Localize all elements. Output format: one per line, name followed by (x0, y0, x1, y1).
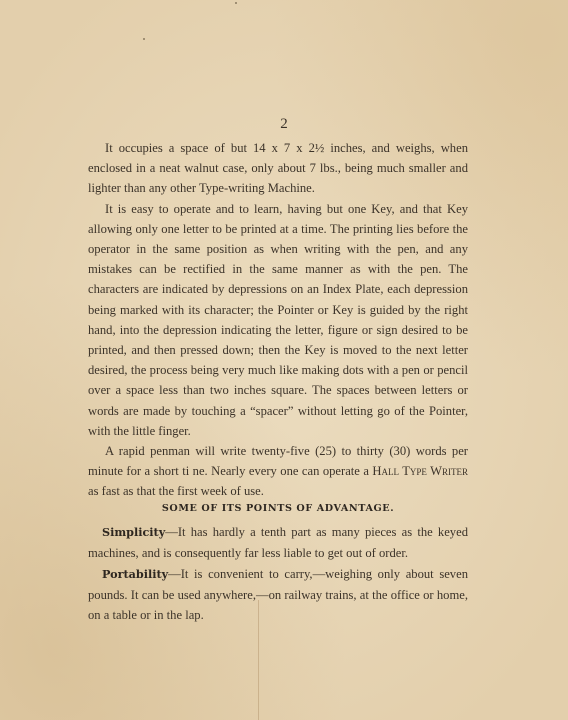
advantage-term: Simplicity (102, 525, 165, 539)
advantage-term: Portability (102, 567, 168, 581)
paragraph-operation: It is easy to operate and to learn, havi… (88, 199, 468, 441)
paper-speck (235, 2, 237, 4)
body-text: It occupies a space of but 14 x 7 x 2½ i… (88, 138, 468, 502)
advantages-list: Simplicity—It has hardly a tenth part as… (88, 522, 468, 627)
product-name: Hall Type Writer (372, 464, 468, 478)
page-number: 2 (0, 116, 568, 133)
section-heading: SOME OF ITS POINTS OF ADVANTAGE. (88, 503, 468, 514)
paragraph-speed-text-after: as fast as that the first week of use. (88, 484, 264, 498)
advantage-item-simplicity: Simplicity—It has hardly a tenth part as… (88, 522, 468, 563)
scanned-page: 2 It occupies a space of but 14 x 7 x 2½… (0, 0, 568, 720)
paragraph-speed: A rapid penman will write twenty-five (2… (88, 441, 468, 502)
paragraph-dimensions: It occupies a space of but 14 x 7 x 2½ i… (88, 138, 468, 199)
paper-speck (143, 38, 145, 40)
advantage-item-portability: Portability—It is convenient to carry,—w… (88, 564, 468, 626)
